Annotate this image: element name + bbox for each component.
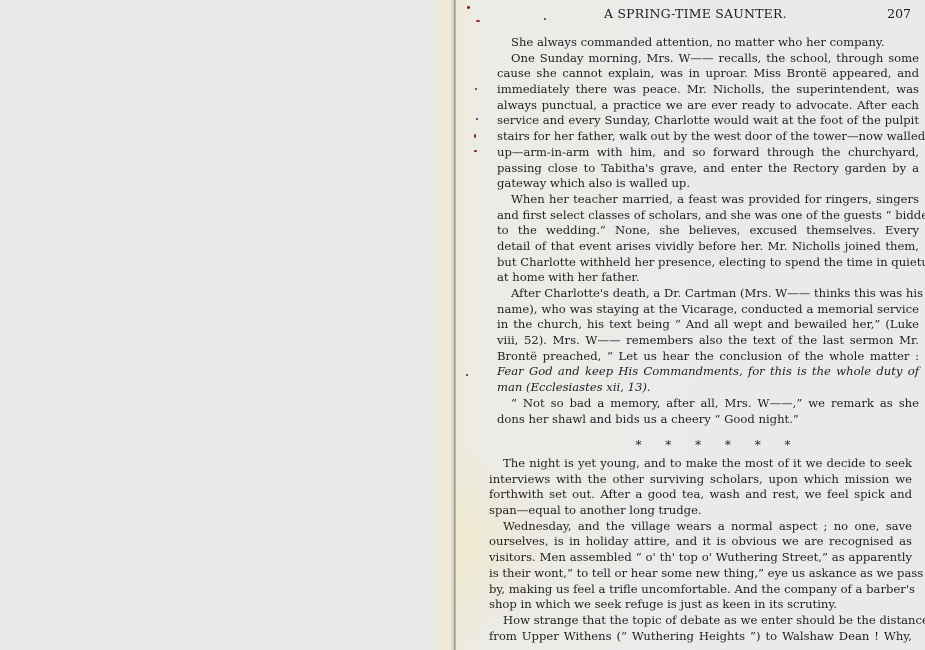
text-line: One Sunday morning, Mrs. W—— recalls, th…: [497, 51, 919, 67]
text-line: How strange that the topic of debate as …: [489, 613, 912, 629]
running-head: A SPRING-TIME SAUNTER. 207: [497, 6, 917, 22]
text-line: Fear God and keep His Commandments, for …: [497, 364, 919, 380]
chapter-title: A SPRING-TIME SAUNTER.: [604, 6, 787, 21]
text-line: dons her shawl and bids us a cheery “ Go…: [497, 412, 919, 428]
text-line: to the wedding.” None, she believes, exc…: [497, 223, 919, 239]
text-line: visitors. Men assembled “ o' th' top o' …: [489, 550, 912, 566]
text-line: After Charlotte's death, a Dr. Cartman (…: [497, 286, 919, 302]
text-line: span—equal to another long trudge.: [489, 503, 912, 519]
text-line: Brontë preached, “ Let us hear the concl…: [497, 349, 919, 365]
text-line: service and every Sunday, Charlotte woul…: [497, 113, 919, 129]
text-section-one: She always commanded attention, no matte…: [497, 35, 919, 455]
text-line: stairs for her father, walk out by the w…: [497, 129, 919, 145]
ink-speck: [466, 374, 468, 376]
text-line: ourselves, is in holiday attire, and it …: [489, 534, 912, 550]
text-line: detail of that event arises vividly befo…: [497, 239, 919, 255]
ink-speck: [475, 88, 477, 90]
text-line: in the church, his text being “ And all …: [497, 317, 919, 333]
book-gutter: [432, 0, 456, 650]
text-line: always punctual, a practice we are ever …: [497, 98, 919, 114]
book-spread: A SPRING-TIME SAUNTER. 207 She always co…: [0, 0, 925, 650]
text-line: shop in which we seek refuge is just as …: [489, 597, 912, 613]
ink-speck: [476, 20, 480, 22]
text-line: up—arm-in-arm with him, and so forward t…: [497, 145, 919, 161]
text-line: Wednesday, and the village wears a norma…: [489, 519, 912, 535]
text-line: name), who was staying at the Vicarage, …: [497, 302, 919, 318]
ink-speck: [474, 150, 477, 152]
text-line: immediately there was peace. Mr. Nicholl…: [497, 82, 919, 98]
text-line: The night is yet young, and to make the …: [489, 456, 912, 472]
text-line: but Charlotte withheld her presence, ele…: [497, 255, 919, 271]
text-line: interviews with the other surviving scho…: [489, 472, 912, 488]
left-page-blank: [0, 0, 448, 650]
section-break-asterisks: * * * * * *: [497, 435, 919, 455]
text-line: cause she cannot explain, was in uproar.…: [497, 66, 919, 82]
ink-speck: [467, 6, 470, 9]
text-line: “ Not so bad a memory, after all, Mrs. W…: [497, 396, 919, 412]
text-line: man (Ecclesiastes xii, 13).: [497, 380, 919, 396]
text-line: at home with her father.: [497, 270, 919, 286]
text-line: passing close to Tabitha's grave, and en…: [497, 161, 919, 177]
text-line: by, making us feel a trifle uncomfortabl…: [489, 582, 912, 598]
text-section-two: The night is yet young, and to make the …: [489, 456, 912, 644]
ink-speck: [474, 134, 476, 138]
ink-speck: [476, 118, 478, 120]
text-line: gateway which also is walled up.: [497, 176, 919, 192]
text-line: is their wont,“ to tell or hear some new…: [489, 566, 912, 582]
text-line: forthwith set out. After a good tea, was…: [489, 487, 912, 503]
text-line: viii, 52). Mrs. W—— remembers also the t…: [497, 333, 919, 349]
text-line: She always commanded attention, no matte…: [497, 35, 919, 51]
text-line: from Upper Withens (“ Wuthering Heights …: [489, 629, 912, 645]
text-line: When her teacher married, a feast was pr…: [497, 192, 919, 208]
text-line: and first select classes of scholars, an…: [497, 208, 919, 224]
page-number: 207: [887, 6, 911, 21]
